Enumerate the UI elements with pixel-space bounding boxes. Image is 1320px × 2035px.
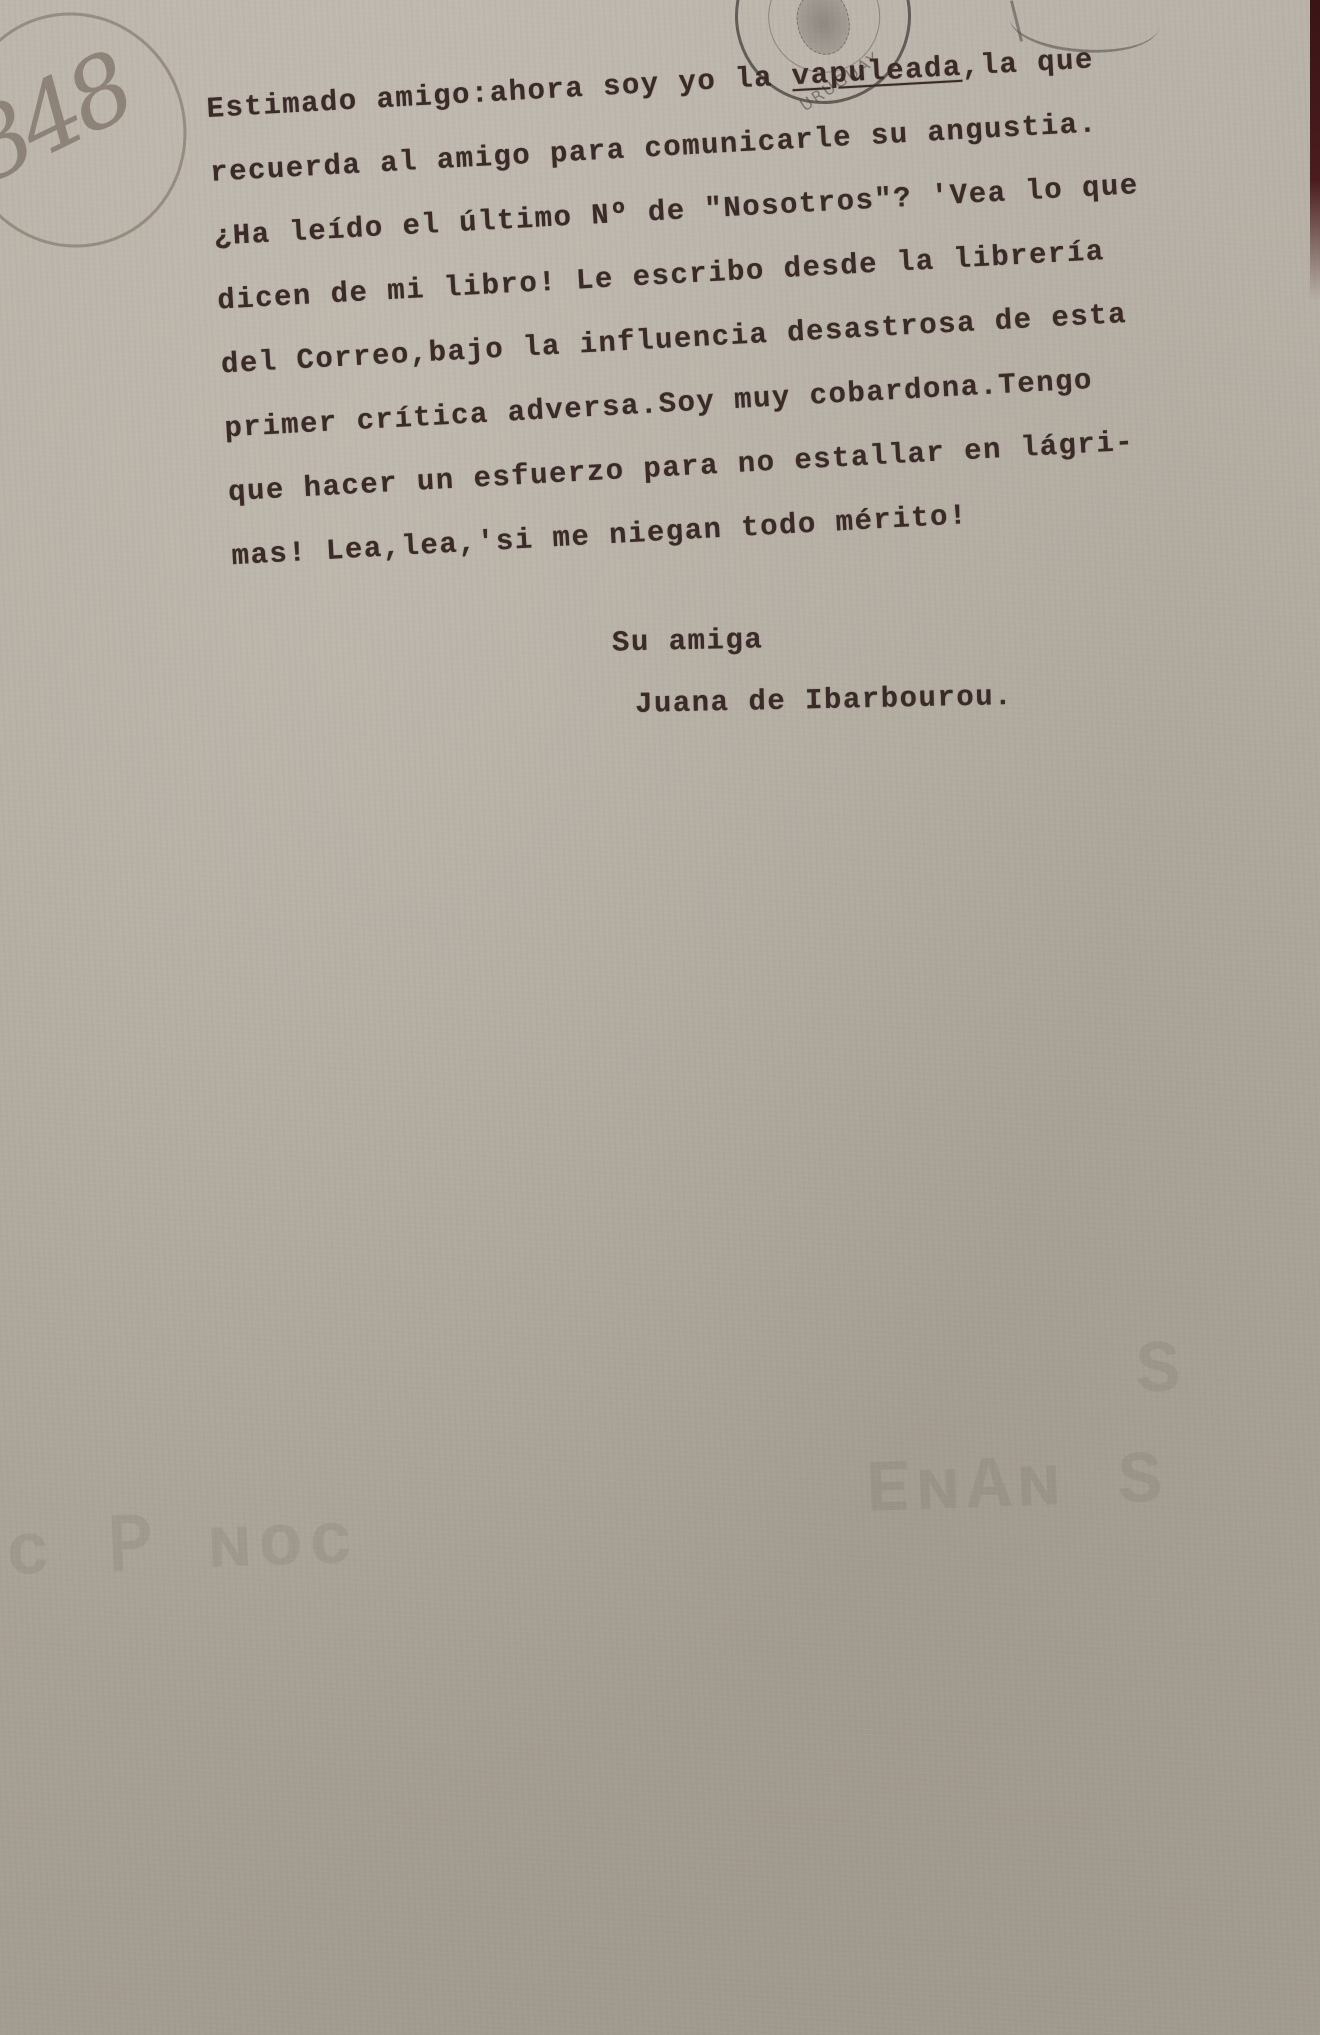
underlined-word: vapuleada bbox=[791, 51, 963, 93]
bleed-through-text: Ƨ bbox=[1129, 1329, 1182, 1415]
line-text: ,la que bbox=[961, 43, 1095, 83]
closing-salutation: Su amiga bbox=[612, 623, 764, 659]
folio-number: 348 bbox=[0, 28, 154, 208]
page-edge-shadow bbox=[1310, 0, 1320, 300]
folio-number-circle: 348 bbox=[0, 0, 217, 277]
signature: Juana de Ibarbourou. bbox=[635, 680, 1014, 721]
scanned-letter-page: 348 BIBLIO ONAL URUGUAY Estimado amigo:a… bbox=[0, 0, 1320, 2035]
bleed-through-text: Ƨ ᴎAᴎƎ bbox=[859, 1440, 1164, 1535]
letter-body: Estimado amigo:ahora soy yo la vapuleada… bbox=[205, 23, 1212, 589]
bleed-through-text: ɔoᴎ ꟼ ɔ bbox=[0, 1494, 355, 1597]
